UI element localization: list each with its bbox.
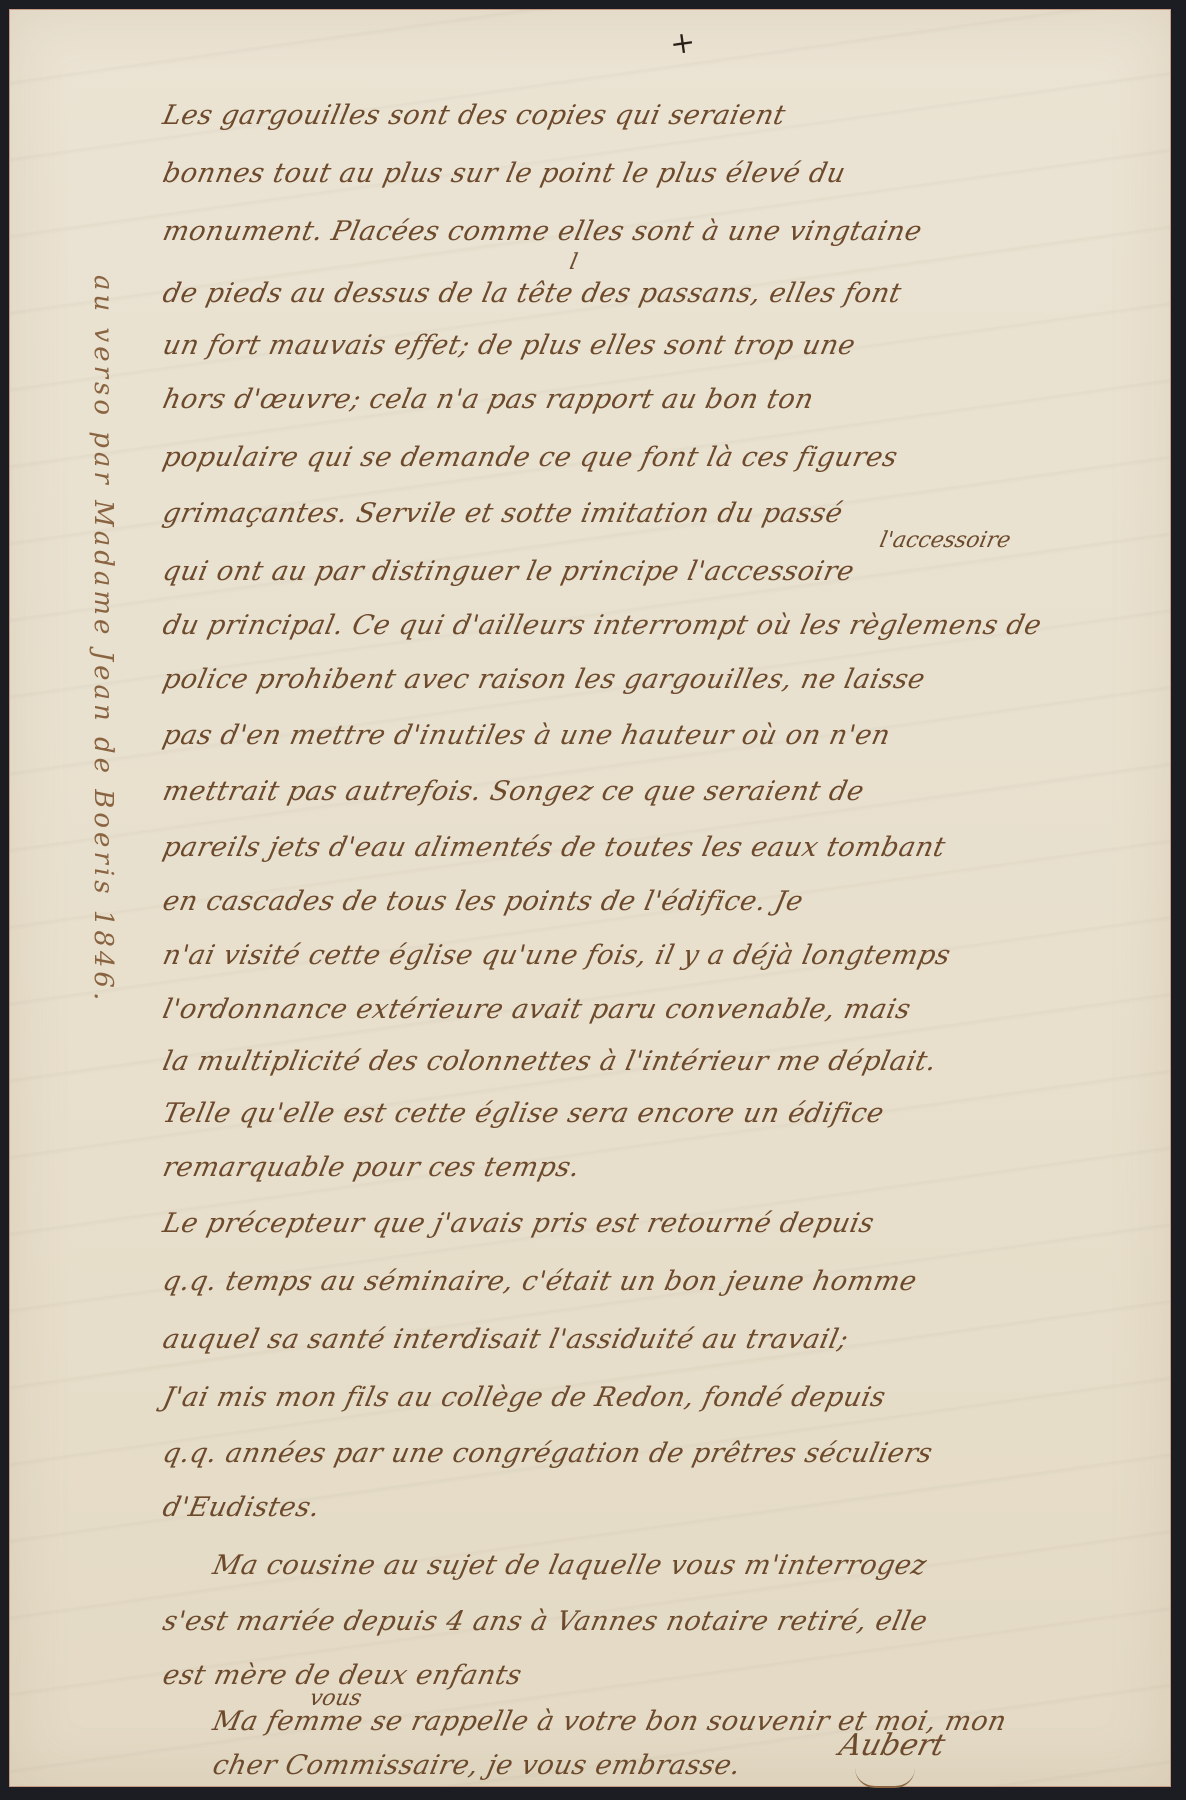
insertion-accessoire: l'accessoire	[877, 528, 1013, 553]
letter-line: pareils jets d'eau alimentés de toutes l…	[160, 832, 948, 863]
letter-line: s'est mariée depuis 4 ans à Vannes notai…	[160, 1606, 930, 1637]
letter-line: n'ai visité cette église qu'une fois, il…	[160, 940, 953, 971]
letter-line: Les gargouilles sont des copies qui sera…	[160, 100, 788, 131]
letter-body: Les gargouilles sont des copies qui sera…	[10, 10, 1170, 1786]
letter-line: Le précepteur que j'avais pris est retou…	[160, 1208, 877, 1239]
letter-line closing-line: cher Commissaire, je vous embrasse.	[210, 1750, 744, 1781]
letter-line: auquel sa santé interdisait l'assiduité …	[160, 1324, 851, 1355]
letter-line: remarquable pour ces temps.	[160, 1152, 583, 1183]
letter-line: J'ai mis mon fils au collège de Redon, f…	[160, 1382, 889, 1413]
letter-line: de pieds au dessus de la tête des passan…	[160, 278, 904, 309]
letter-line: monument. Placées comme elles sont à une…	[160, 216, 925, 247]
letter-page: + au verso par Madame Jean de Boeris 184…	[9, 9, 1171, 1787]
letter-line: bonnes tout au plus sur le point le plus…	[160, 158, 849, 189]
letter-line: d'Eudistes.	[160, 1492, 323, 1523]
letter-line: q.q. temps au séminaire, c'était un bon …	[160, 1266, 920, 1297]
scan-background: + au verso par Madame Jean de Boeris 184…	[0, 0, 1186, 1800]
letter-line: en cascades de tous les points de l'édif…	[160, 886, 806, 917]
letter-line: un fort mauvais effet; de plus elles son…	[160, 330, 858, 361]
letter-line: Telle qu'elle est cette église sera enco…	[160, 1098, 887, 1129]
letter-line: du principal. Ce qui d'ailleurs interrom…	[160, 610, 1045, 641]
insertion-mark: l	[567, 250, 579, 275]
letter-line: mettrait pas autrefois. Songez ce que se…	[160, 776, 867, 807]
letter-line: Ma cousine au sujet de laquelle vous m'i…	[210, 1550, 930, 1581]
letter-line: l'ordonnance extérieure avait paru conve…	[160, 994, 914, 1025]
letter-line: qui ont au par distinguer le principe l'…	[160, 556, 857, 587]
letter-line: hors d'œuvre; cela n'a pas rapport au bo…	[160, 384, 817, 415]
letter-line: police prohibent avec raison les gargoui…	[160, 664, 928, 695]
letter-line: pas d'en mettre d'inutiles à une hauteur…	[160, 720, 893, 751]
signature: Aubert	[836, 1728, 949, 1763]
letter-line: la multiplicité des colonnettes à l'inté…	[160, 1046, 940, 1077]
letter-line: q.q. années par une congrégation de prêt…	[160, 1438, 935, 1469]
letter-line: grimaçantes. Servile et sotte imitation …	[160, 498, 846, 529]
letter-line: populaire qui se demande ce que font là …	[160, 442, 901, 473]
